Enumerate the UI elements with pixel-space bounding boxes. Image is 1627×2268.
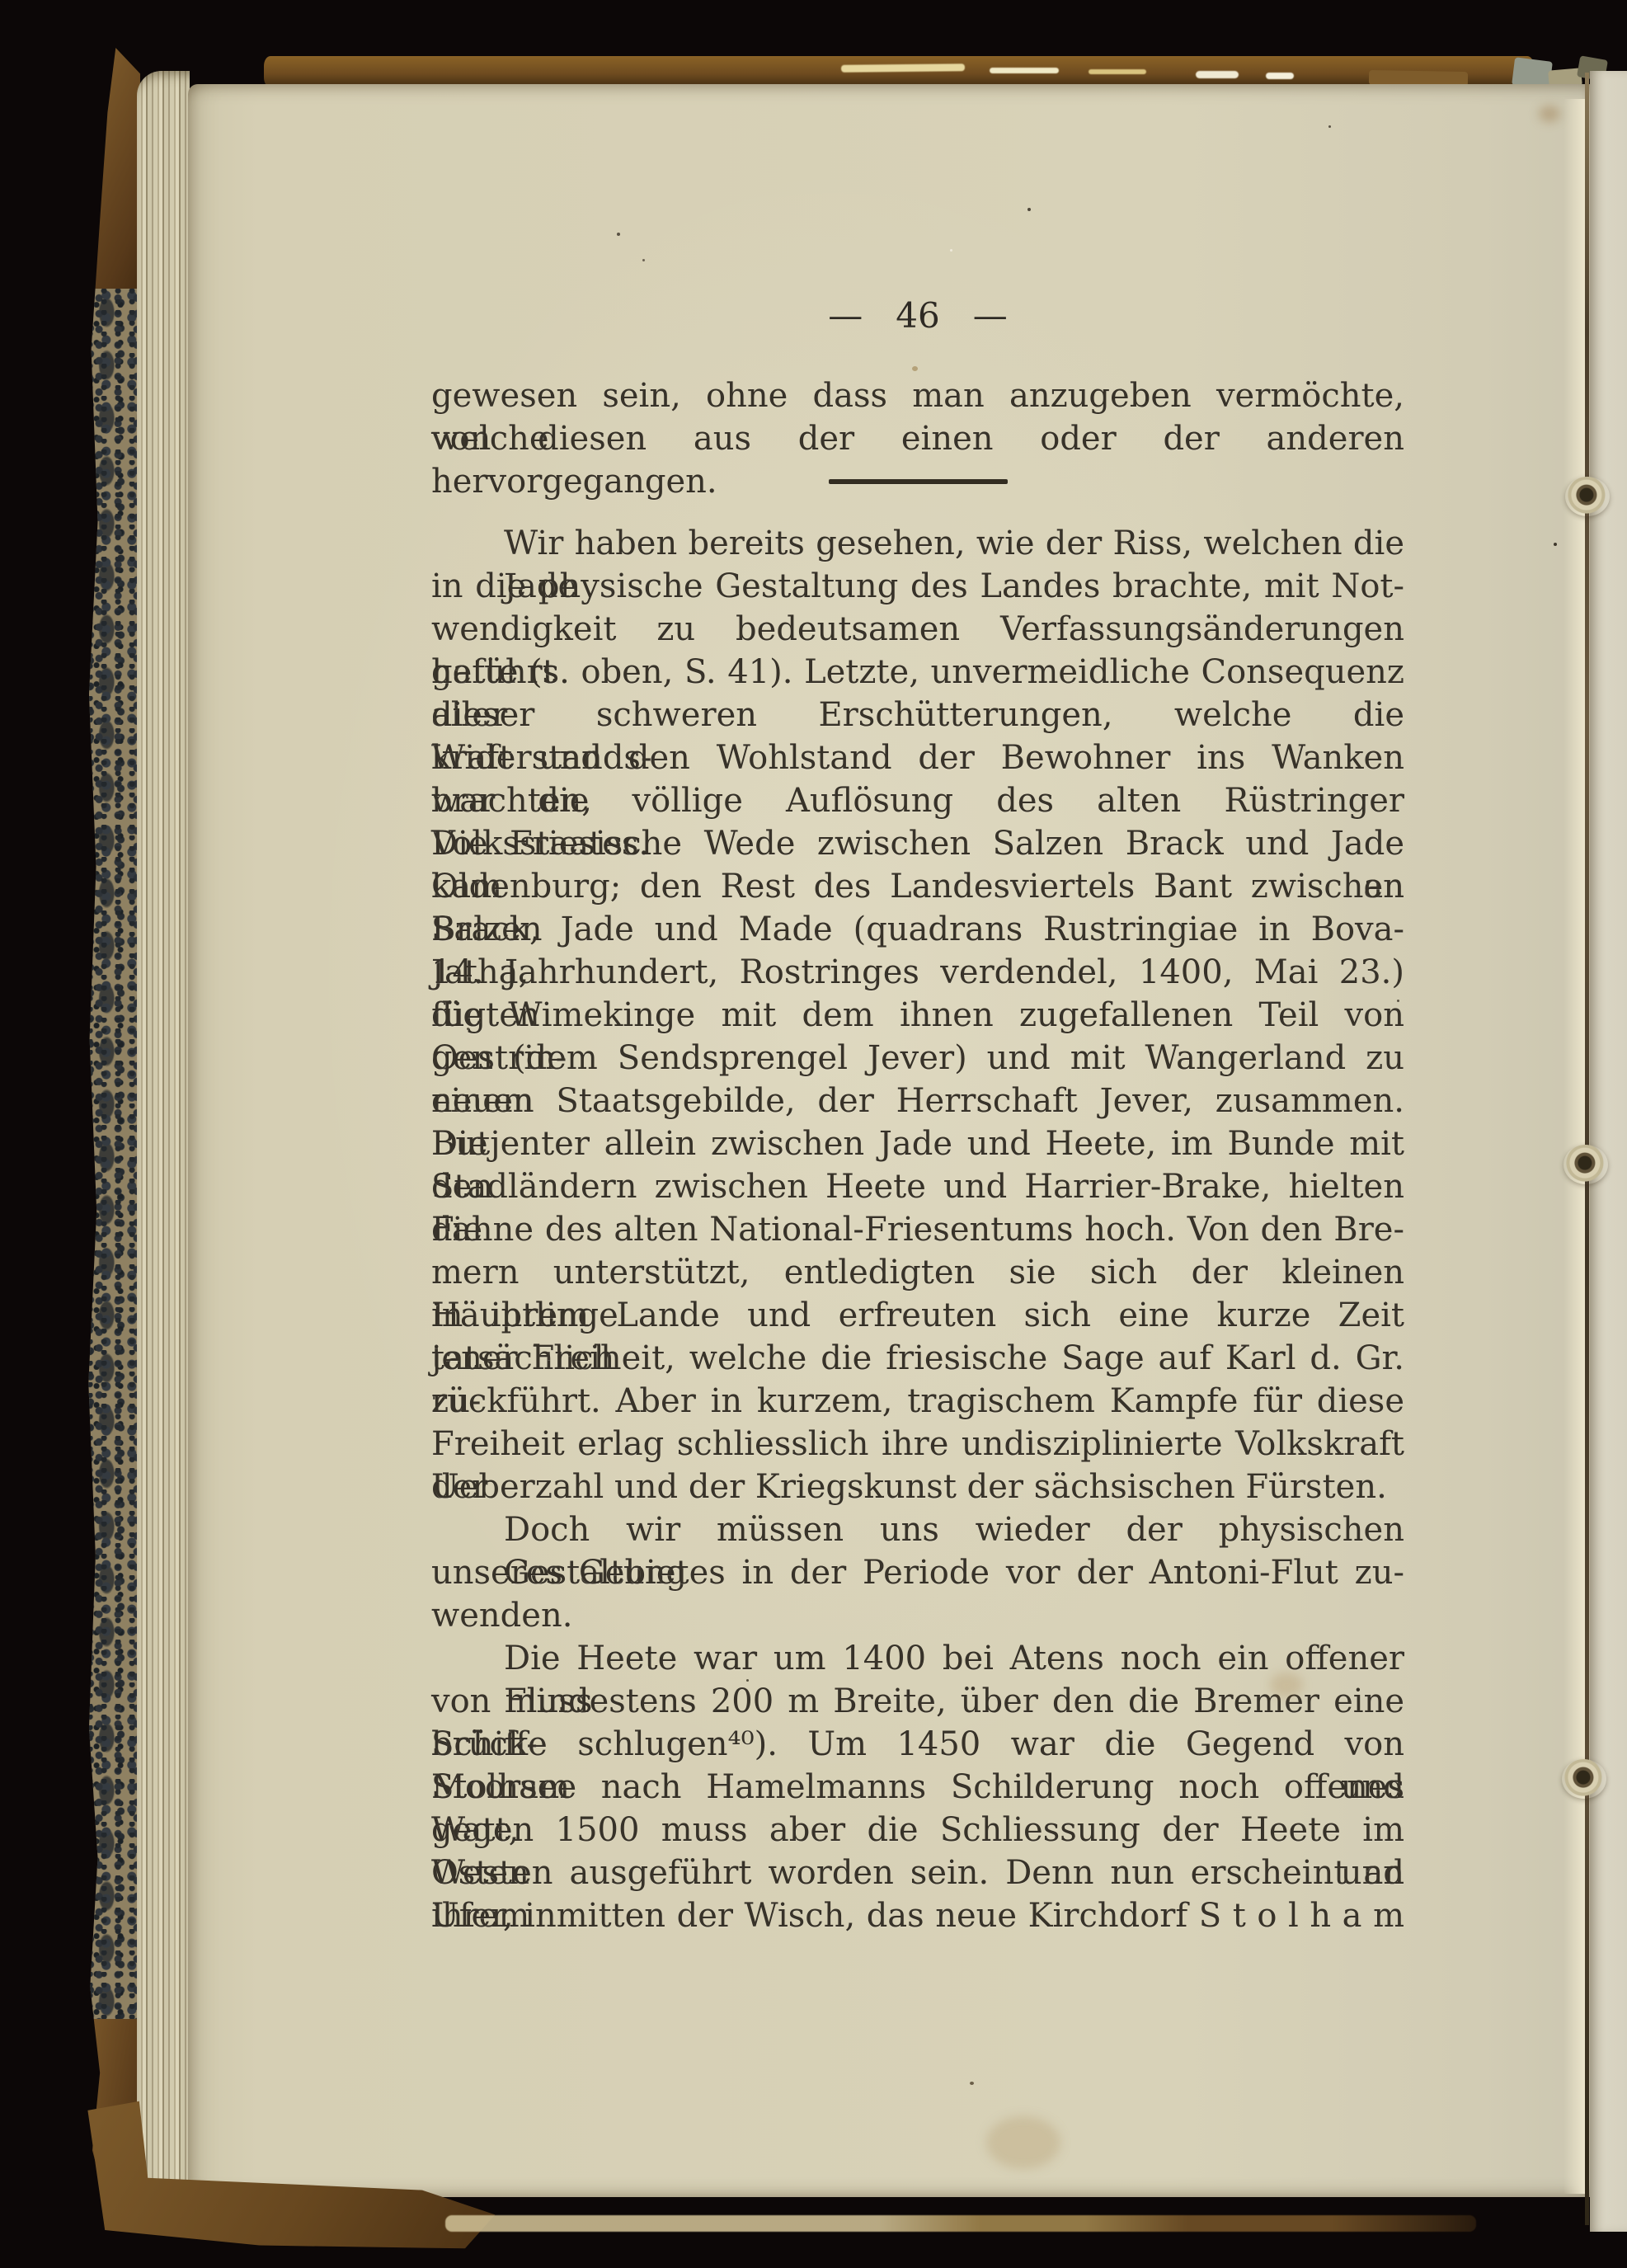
paper-speck <box>1397 1000 1399 1002</box>
paper-speck <box>1027 208 1031 211</box>
section-divider-bar <box>829 479 1008 484</box>
text-line: Fahne des alten National-Friesentums hoc… <box>431 1208 1404 1251</box>
text-line: Oldenburg; den Rest des Landesviertels B… <box>431 865 1404 908</box>
text-line: mern unterstützt, entledigten sie sich d… <box>431 1251 1404 1294</box>
text-line: Stadländern zwischen Heete und Harrier-B… <box>431 1165 1404 1208</box>
paper-speck <box>746 1679 749 1682</box>
paragraph: gewesen sein, ohne dass man anzugeben ve… <box>431 374 1404 460</box>
paper-speck <box>950 249 952 252</box>
cover-edge-bottom <box>445 2215 1476 2232</box>
text-line: von mindestens 200 m Breite, über den di… <box>431 1680 1404 1723</box>
text-block: gewesen sein, ohne dass man anzugeben ve… <box>431 374 1404 1937</box>
page-number-dash-right: — <box>973 295 1008 336</box>
stain <box>1270 1673 1303 1697</box>
book-page: — 46 — gewesen sein, ohne dass man anzug… <box>188 84 1590 2197</box>
paper-speck <box>1554 543 1557 546</box>
text-line: wendigkeit zu bedeutsamen Verfassungsänd… <box>431 608 1404 651</box>
text-line: rückführt. Aber in kurzem, tragischem Ka… <box>431 1380 1404 1423</box>
spine-marbled-paper <box>86 289 140 2019</box>
leather-glint <box>1196 71 1239 78</box>
text-line: wenden. <box>431 1594 1404 1637</box>
text-line: Die Heete war um 1400 bei Atens noch ein… <box>431 1637 1404 1680</box>
paragraph: Doch wir müssen uns wieder der physische… <box>431 1508 1404 1637</box>
text-line: die Wimekinge mit dem ihnen zugefallenen… <box>431 994 1404 1037</box>
text-line: gen (dem Sendsprengel Jever) und mit Wan… <box>431 1037 1404 1080</box>
book-spine <box>86 48 140 2202</box>
paper-speck <box>970 2082 974 2085</box>
leather-glint <box>841 64 965 73</box>
text-line: brücke schlugen⁴⁰). Um 1450 war die Gege… <box>431 1723 1404 1766</box>
paragraph: Die Heete war um 1400 bei Atens noch ein… <box>431 1637 1404 1937</box>
text-line: dieser schweren Erschütterungen, welche … <box>431 694 1404 736</box>
paper-speck <box>467 1028 469 1030</box>
spine-leather-top <box>86 48 140 289</box>
text-line: von diesen aus der einen oder der andere… <box>431 417 1404 460</box>
text-line: war die völlige Auflösung des alten Rüst… <box>431 779 1404 822</box>
stain <box>986 2116 1060 2169</box>
scan-background: — 46 — gewesen sein, ohne dass man anzug… <box>0 0 1627 2268</box>
binding-hole <box>1565 477 1610 516</box>
text-line: jener Freiheit, welche die friesische Sa… <box>431 1337 1404 1380</box>
page-number-value: 46 <box>896 295 939 336</box>
paper-speck <box>912 366 918 371</box>
text-line: unseres Gebietes in der Periode vor der … <box>431 1551 1404 1594</box>
paper-speck <box>642 259 645 261</box>
stain <box>1539 106 1560 122</box>
text-line: Brack, Jade und Made (quadrans Rustringi… <box>431 908 1404 951</box>
text-line: Butjenter allein zwischen Jade und Heete… <box>431 1122 1404 1165</box>
leather-glint <box>990 68 1059 73</box>
text-line: gewesen sein, ohne dass man anzugeben ve… <box>431 374 1404 417</box>
paper-speck <box>1328 125 1331 128</box>
text-line: Ueberzahl und der Kriegskunst der sächsi… <box>431 1466 1404 1508</box>
leather-glint <box>1266 73 1294 79</box>
binding-hole <box>1564 1145 1608 1184</box>
text-line: Ufer, inmitten der Wisch, das neue Kirch… <box>431 1894 1404 1937</box>
text-line: Doch wir müssen uns wieder der physische… <box>431 1508 1404 1551</box>
text-line: kraft und den Wohlstand der Bewohner ins… <box>431 736 1404 779</box>
text-line: Wir haben bereits gesehen, wie der Riss,… <box>431 522 1404 565</box>
text-line: neuen Staatsgebilde, der Herrschaft Jeve… <box>431 1080 1404 1122</box>
page-edge-stack <box>137 71 190 2212</box>
text-line: Freiheit erlag schliesslich ihre undiszi… <box>431 1423 1404 1466</box>
paper-speck <box>617 233 620 236</box>
text-line: in ihrem Lande und erfreuten sich eine k… <box>431 1294 1404 1337</box>
page-number: — 46 — <box>431 295 1404 336</box>
text-line: 14. Jahrhundert, Rostringes verdendel, 1… <box>431 951 1404 994</box>
text-line: Moorsee nach Hamelmanns Schilderung noch… <box>431 1766 1404 1809</box>
cover-edge-top <box>264 56 1534 87</box>
paragraph: Wir haben bereits gesehen, wie der Riss,… <box>431 522 1404 1508</box>
binding-hole <box>1562 1759 1606 1799</box>
text-line: Die Friesische Wede zwischen Salzen Brac… <box>431 822 1404 865</box>
leather-glint <box>1089 69 1146 74</box>
text-line: gegen 1500 muss aber die Schliessung der… <box>431 1809 1404 1852</box>
text-line: Westen ausgeführt worden sein. Denn nun … <box>431 1852 1404 1894</box>
page-number-dash-left: — <box>828 295 863 336</box>
text-line: in die physische Gestaltung des Landes b… <box>431 565 1404 608</box>
text-line: hatte (s. oben, S. 41). Letzte, unvermei… <box>431 651 1404 694</box>
